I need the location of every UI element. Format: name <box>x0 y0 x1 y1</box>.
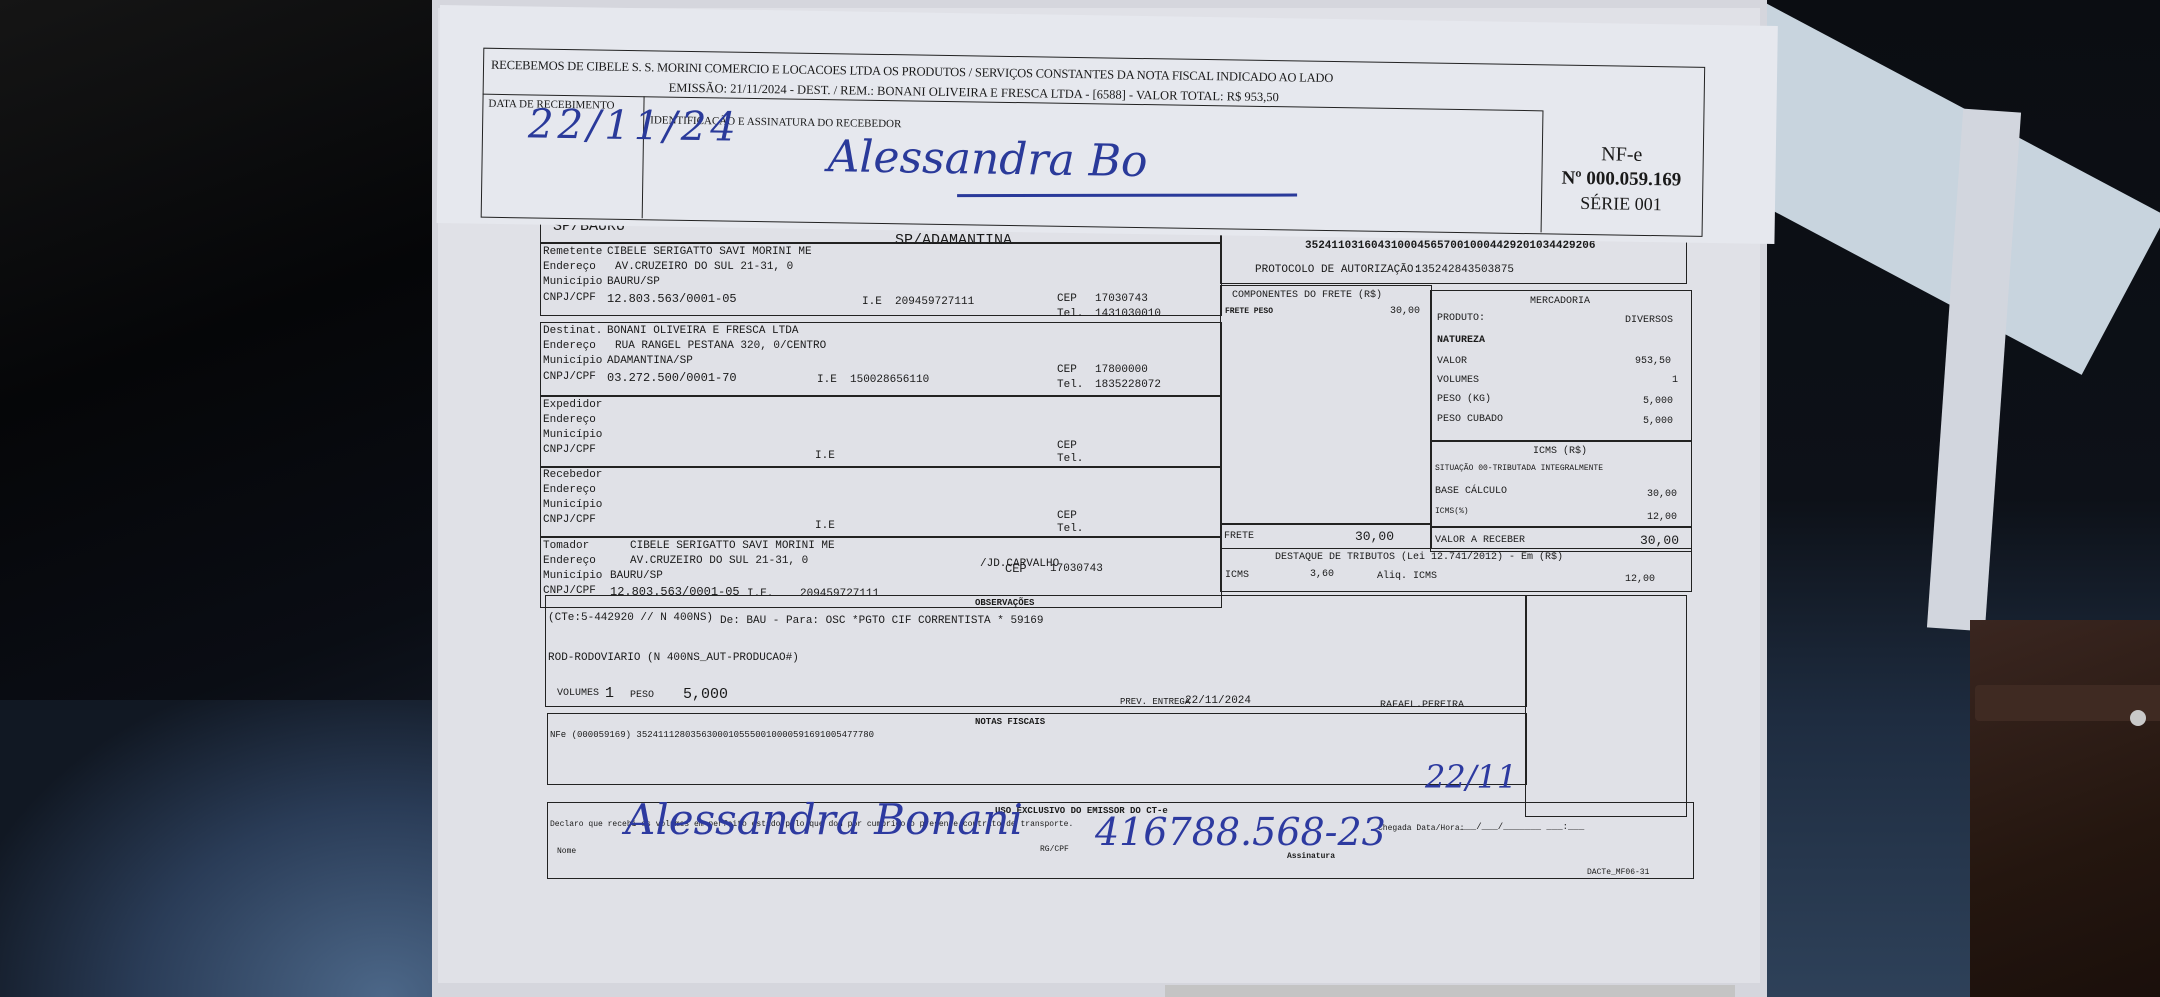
field-label: Tel. <box>1057 308 1083 320</box>
tomador-name: CIBELE SERIGATTO SAVI MORINI ME <box>630 540 835 552</box>
taxes-title: DESTAQUE DE TRIBUTOS (Lei 12.741/2012) -… <box>1275 552 1563 563</box>
peso-value: 5,000 <box>1643 396 1673 407</box>
handwritten-signature: Alessandra Bo <box>827 131 1148 187</box>
field-label: Município <box>543 570 602 582</box>
bottom-barcode-strip <box>1165 985 1735 997</box>
field-label: Município <box>543 355 602 367</box>
field-label: CEP <box>1057 364 1077 376</box>
amount-due-label: VALOR A RECEBER <box>1435 535 1525 546</box>
tomador-city: BAURU/SP <box>610 570 663 582</box>
field-label: I.E <box>817 374 837 386</box>
background-bag-rivet <box>2130 710 2146 726</box>
destinatario-label: Destinat. <box>543 325 602 337</box>
arrival-label: Chegada Data/Hora: <box>1378 824 1464 833</box>
background-jeans <box>0 700 480 997</box>
field-label: CNPJ/CPF <box>543 444 596 456</box>
field-label: VOLUMES <box>557 688 599 699</box>
nfe-title: NF-e <box>1542 142 1702 168</box>
rg-label: RG/CPF <box>1040 845 1069 854</box>
volumes-value: 1 <box>1672 375 1678 386</box>
field-label: CEP <box>1057 440 1077 452</box>
amount-due-value: 30,00 <box>1640 533 1679 548</box>
name-label: Nome <box>557 847 576 856</box>
field-label: PRODUTO: <box>1437 313 1485 324</box>
protocol-label: PROTOCOLO DE AUTORIZAÇÃO: <box>1255 264 1420 276</box>
destinatario-name: BONANI OLIVEIRA E FRESCA LTDA <box>607 325 798 337</box>
field-label: NATUREZA <box>1437 335 1485 346</box>
observations-route: De: BAU - Para: OSC *PGTO CIF CORRENTIST… <box>720 615 1043 627</box>
tomador-address: AV.CRUZEIRO DO SUL 21-31, 0 <box>630 555 808 567</box>
form-code: DACTe_MF06-31 <box>1587 868 1649 877</box>
handwritten-name: Alessandra Bonani <box>625 795 1023 844</box>
frete-peso-label: FRETE PESO <box>1225 307 1273 316</box>
field-label: CNPJ/CPF <box>543 514 596 526</box>
field-label: Município <box>543 429 602 441</box>
remetente-city: BAURU/SP <box>607 276 660 288</box>
field-label: Município <box>543 499 602 511</box>
background-leather-bag <box>1970 620 2160 997</box>
signature-stroke <box>957 194 1297 198</box>
field-label: CEP <box>1057 293 1077 305</box>
field-label: I.E <box>862 296 882 308</box>
obs-peso-value: 5,000 <box>683 686 728 703</box>
frete-peso-value: 30,00 <box>1390 306 1420 317</box>
expedidor-box <box>540 396 1222 468</box>
field-label: BASE CÁLCULO <box>1435 486 1507 497</box>
taxes-icms-value: 3,60 <box>1310 569 1334 580</box>
destinatario-address: RUA RANGEL PESTANA 320, 0/CENTRO <box>615 340 826 352</box>
field-label: PESO (KG) <box>1437 394 1491 405</box>
protocol-number: 135242843503875 <box>1415 264 1514 276</box>
field-label: Endereço <box>543 484 596 496</box>
field-label: Tel. <box>1057 453 1083 465</box>
freight-components-title: COMPONENTES DO FRETE (R$) <box>1232 290 1382 301</box>
tomador-label: Tomador <box>543 540 589 552</box>
remetente-name: CIBELE SERIGATTO SAVI MORINI ME <box>607 246 812 258</box>
frete-value: 30,00 <box>1355 529 1394 544</box>
field-label: Município <box>543 276 602 288</box>
recebedor-box <box>540 466 1222 538</box>
delivery-forecast-value: 22/11/2024 <box>1185 695 1251 707</box>
field-label: ICMS <box>1225 570 1249 581</box>
field-label: Endereço <box>543 340 596 352</box>
field-label: Tel. <box>1057 523 1083 535</box>
remetente-address: AV.CRUZEIRO DO SUL 21-31, 0 <box>615 261 793 273</box>
invoice-line: NFe (000059169) 352411128035630001055500… <box>550 730 874 740</box>
obs-volumes-value: 1 <box>605 685 614 702</box>
blank-side-box <box>1525 595 1687 817</box>
field-label: CNPJ/CPF <box>543 292 596 304</box>
handwritten-arrival-date: 22/11 <box>1425 758 1517 796</box>
field-label: PESO CUBADO <box>1437 414 1503 425</box>
observations-cte: (CTe:5-442920 // N 400NS) <box>548 612 713 624</box>
destinatario-city: ADAMANTINA/SP <box>607 355 693 367</box>
field-label: Endereço <box>543 555 596 567</box>
field-label: Aliq. ICMS <box>1377 571 1437 582</box>
freight-components-box <box>1220 285 1432 525</box>
merchandise-title: MERCADORIA <box>1430 296 1690 307</box>
taxes-aliq-value: 12,00 <box>1625 574 1655 585</box>
frete-label: FRETE <box>1224 531 1254 542</box>
remetente-cnpj: 12.803.563/0001-05 <box>607 292 737 306</box>
handwritten-date: 22/11/24 <box>528 101 740 150</box>
remetente-cep: 17030743 <box>1095 293 1148 305</box>
produto-value: DIVERSOS <box>1625 315 1673 326</box>
field-label: CEP <box>1005 562 1027 576</box>
nfe-serie: SÉRIE 001 <box>1541 192 1701 216</box>
destinatario-cep: 17800000 <box>1095 364 1148 376</box>
remetente-label: Remetente <box>543 246 602 258</box>
remetente-tel: 1431030010 <box>1095 308 1161 320</box>
tomador-cep: 17030743 <box>1050 563 1103 575</box>
field-label: Endereço <box>543 414 596 426</box>
field-label: I.E <box>815 520 835 532</box>
icms-aliq-value: 12,00 <box>1647 512 1677 523</box>
icms-title: ICMS (R$) <box>1430 446 1690 457</box>
destinatario-tel: 1835228072 <box>1095 379 1161 391</box>
field-label: Tel. <box>1057 379 1083 391</box>
access-key: 3524110316043100045657001000442920103442… <box>1305 240 1595 252</box>
field-label: VALOR <box>1437 356 1467 367</box>
icms-situation: SITUAÇÃO 00-TRIBUTADA INTEGRALMENTE <box>1435 464 1603 473</box>
observations-title: OBSERVAÇÕES <box>975 598 1034 608</box>
remetente-ie: 209459727111 <box>895 296 974 308</box>
destinatario-cnpj: 03.272.500/0001-70 <box>607 371 737 385</box>
peso-cubado-value: 5,000 <box>1643 416 1673 427</box>
field-label: CEP <box>1057 510 1077 522</box>
field-label: I.E <box>815 450 835 462</box>
nfe-receipt-stub: RECEBEMOS DE CIBELE S. S. MORINI COMERCI… <box>437 5 1778 244</box>
destinatario-ie: 150028656110 <box>850 374 929 386</box>
field-label: Endereço <box>543 261 596 273</box>
field-label: PESO <box>630 690 654 701</box>
dacte-document: Tipo do CT-e Tipo NORMAL NORMAL 5353-PRE… <box>535 150 1720 890</box>
arrival-value: ___/___/_______ ___:___ <box>1460 822 1584 832</box>
operator-name: RAFAEL.PEREIRA <box>1380 700 1464 711</box>
icms-base-value: 30,00 <box>1647 489 1677 500</box>
expedidor-label: Expedidor <box>543 399 602 411</box>
handwritten-rg: 416788.568-23 <box>1095 810 1386 854</box>
observations-mode: ROD-RODOVIARIO (N 400NS_AUT-PRODUCAO#) <box>548 652 799 664</box>
field-label: CNPJ/CPF <box>543 371 596 383</box>
field-label: ICMS(%) <box>1435 507 1469 516</box>
nfe-number: Nº 000.059.169 <box>1541 167 1701 192</box>
recebedor-label: Recebedor <box>543 469 602 481</box>
invoices-title: NOTAS FISCAIS <box>975 717 1045 727</box>
valor-value: 953,50 <box>1635 356 1671 367</box>
field-label: VOLUMES <box>1437 375 1479 386</box>
field-label: PREV. ENTREGA <box>1120 697 1190 707</box>
